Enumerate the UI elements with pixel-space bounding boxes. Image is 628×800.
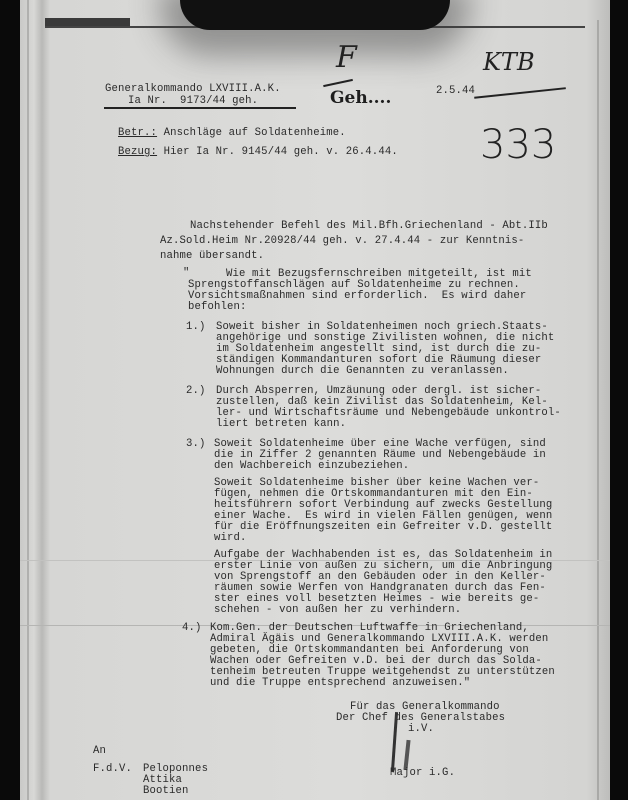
binder-shadow (180, 0, 450, 30)
preamble-line: befohlen: (188, 302, 247, 313)
signature-line: i.V. (408, 724, 434, 735)
handwritten-page-number: 333 (480, 122, 556, 168)
reference-text: Hier Ia Nr. 9145/44 geh. v. 26.4.44. (164, 146, 398, 158)
page-edge-shadow (27, 0, 29, 800)
recipient: Bootien (143, 786, 189, 797)
reference-label: Bezug: (118, 146, 157, 158)
item-number: 3.) (186, 439, 206, 450)
document-date: 2.5.44 (436, 86, 475, 97)
item-line: für die Eröffnungszeiten ein Gefreiter v… (214, 522, 552, 533)
item-line: wird. (214, 533, 247, 544)
item-line: schehen - von außen her zu verhindern. (214, 605, 461, 616)
distribution-label: An (93, 746, 106, 757)
page-right-edge (597, 20, 599, 800)
signatory-rank: Major i.G. (390, 768, 455, 779)
item-line: den Wachbereich einzubeziehen. (214, 461, 409, 472)
intro-line: nahme übersandt. (160, 251, 264, 262)
item-line: Wohnungen durch die Genannten zu veranla… (216, 366, 509, 377)
item-number: 4.) (182, 623, 202, 634)
header-underline (104, 107, 296, 109)
intro-line: Az.Sold.Heim Nr.20928/44 geh. v. 27.4.44… (160, 236, 524, 247)
quote-mark: " (183, 268, 190, 279)
distribution-prefix: F.d.V. (93, 764, 132, 775)
handwritten-ktb: KTB (483, 48, 535, 76)
intro-line: Nachstehender Befehl des Mil.Bfh.Grieche… (190, 221, 548, 232)
item-number: 1.) (186, 322, 206, 333)
item-line: und die Truppe entsprechend anzuweisen." (210, 678, 470, 689)
issuing-office: Generalkommando LXVIII.A.K. (105, 84, 281, 95)
secret-stamp: Geh.... (330, 88, 391, 108)
handwritten-f: F (336, 40, 357, 75)
item-number: 2.) (186, 386, 206, 397)
item-line: liert betreten kann. (216, 419, 346, 430)
reference-number: Ia Nr. 9173/44 geh. (128, 96, 258, 107)
